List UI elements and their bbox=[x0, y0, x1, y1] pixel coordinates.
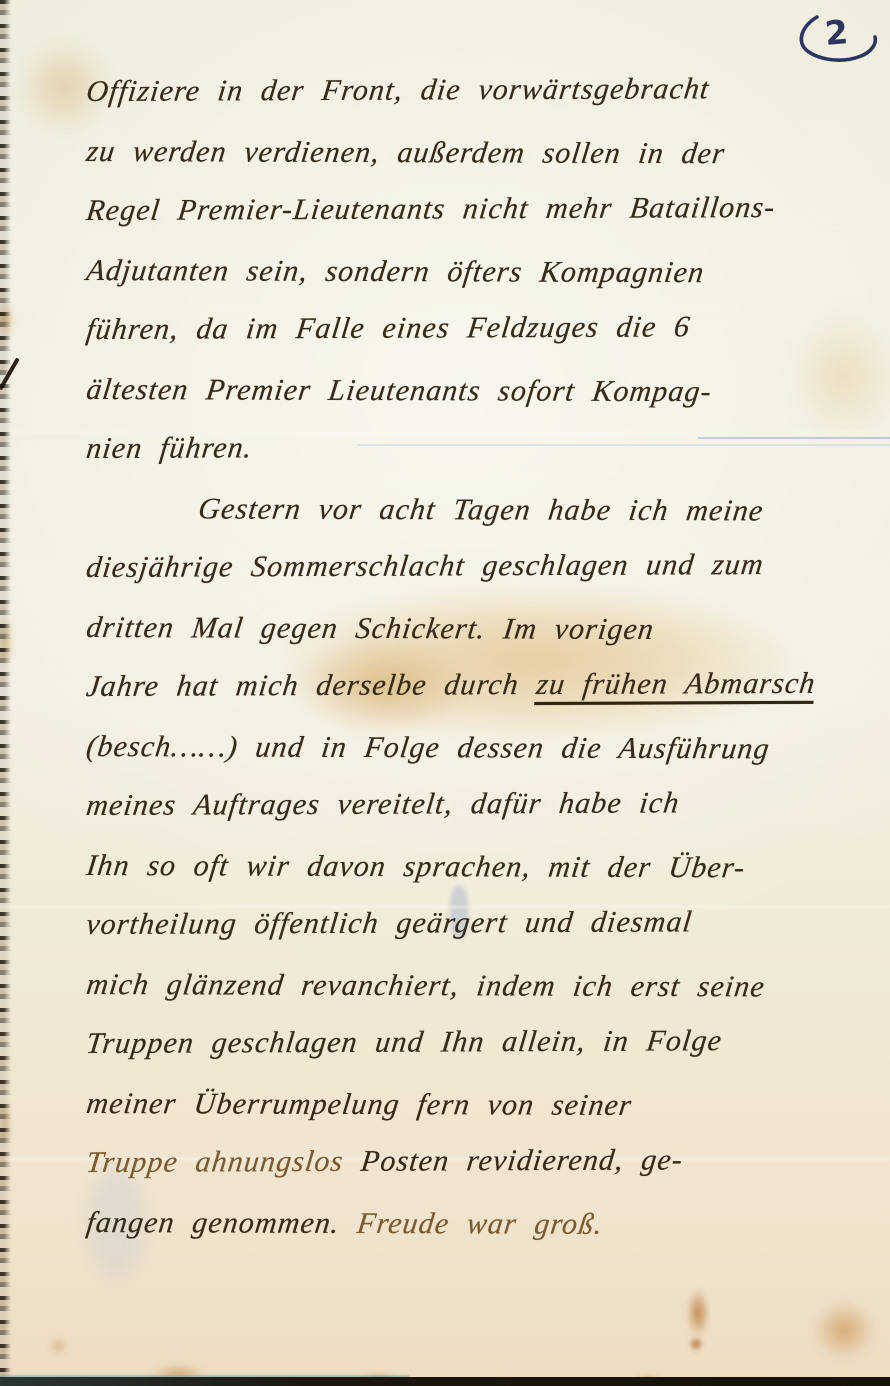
scan-edge-bottom bbox=[0, 1377, 890, 1386]
handwriting-line: vortheilung öffentlich geärgert und dies… bbox=[83, 892, 890, 955]
handwriting-text: Offiziere in der Front, die vorwärtsgebr… bbox=[85, 72, 712, 108]
handwriting-text: zu werden verdienen, außerdem sollen in … bbox=[85, 135, 728, 170]
handwriting-text: Ihn so oft wir davon sprachen, mit der Ü… bbox=[85, 849, 748, 884]
handwriting-line: diesjährige Sommerschlacht geschlagen un… bbox=[83, 535, 890, 598]
handwriting-line: Ihn so oft wir davon sprachen, mit der Ü… bbox=[83, 836, 890, 898]
handwriting-line: meiner Überrumpelung fern von seiner bbox=[83, 1074, 890, 1136]
handwriting-text: Jahre hat mich derselbe durch bbox=[85, 668, 539, 703]
handwriting-line: (besch……) und in Folge dessen die Ausfüh… bbox=[83, 717, 890, 779]
handwriting-text: vortheilung öffentlich geärgert und dies… bbox=[85, 905, 695, 941]
torn-edge-left bbox=[0, 0, 11, 1386]
page-number: 2 bbox=[791, 12, 883, 72]
handwriting-text: Regel Premier-Lieutenants nicht mehr Bat… bbox=[85, 191, 778, 227]
handwriting-text: dritten Mal gegen Schickert. Im vorigen bbox=[85, 611, 657, 646]
handwriting-line: meines Auftrages vereitelt, dafür habe i… bbox=[83, 773, 890, 836]
handwriting-text: Adjutanten sein, sondern öfters Kompagni… bbox=[85, 254, 707, 289]
torn-corner-top-left bbox=[0, 0, 26, 30]
handwriting-line: Regel Premier-Lieutenants nicht mehr Bat… bbox=[83, 178, 890, 241]
handwriting-line: Adjutanten sein, sondern öfters Kompagni… bbox=[83, 241, 890, 303]
handwriting-line: fangen genommen. Freude war groß. bbox=[83, 1193, 890, 1255]
handwriting-line: führen, da im Falle eines Feldzuges die … bbox=[83, 297, 890, 360]
handwriting-text: mich glänzend revanchiert, indem ich ers… bbox=[85, 968, 767, 1003]
handwriting-text: Truppen geschlagen und Ihn allein, in Fo… bbox=[85, 1024, 725, 1060]
handwriting-text: (besch……) und in Folge dessen die Ausfüh… bbox=[85, 730, 772, 765]
torn-corner-bottom-left bbox=[0, 1346, 22, 1380]
handwriting-text: Gestern vor acht Tagen habe ich meine bbox=[197, 492, 766, 527]
handwriting-text: führen, da im Falle eines Feldzuges die … bbox=[85, 310, 693, 346]
handwriting-line: zu werden verdienen, außerdem sollen in … bbox=[83, 122, 890, 184]
handwriting-line: ältesten Premier Lieutenants sofort Komp… bbox=[83, 360, 890, 422]
handwriting-line: Truppe ahnungslos Posten revidierend, ge… bbox=[83, 1130, 890, 1193]
handwriting-line: Jahre hat mich derselbe durch zu frühen … bbox=[83, 654, 890, 717]
handwriting-line: dritten Mal gegen Schickert. Im vorigen bbox=[83, 598, 890, 660]
underlined-phrase: zu frühen Abmarsch bbox=[535, 667, 818, 701]
letter-body: Offiziere in der Front, die vorwärtsgebr… bbox=[84, 62, 884, 1252]
handwriting-text: ältesten Premier Lieutenants sofort Komp… bbox=[85, 373, 714, 408]
handwriting-line: nien führen. bbox=[83, 416, 890, 479]
handwriting-line: mich glänzend revanchiert, indem ich ers… bbox=[83, 955, 890, 1017]
handwriting-text-faded: Freude war groß. bbox=[355, 1206, 605, 1240]
handwriting-text: fangen genommen. bbox=[85, 1206, 360, 1240]
scanned-letter-page: 2 Offiziere in der Front, die vorwärtsge… bbox=[0, 0, 890, 1386]
page-number-value: 2 bbox=[823, 12, 849, 53]
handwriting-line: Offiziere in der Front, die vorwärtsgebr… bbox=[83, 59, 890, 122]
handwriting-text-faded: Truppe ahnungslos bbox=[85, 1145, 364, 1179]
handwriting-text: diesjährige Sommerschlacht geschlagen un… bbox=[85, 548, 766, 584]
handwriting-line-paragraph-start: Gestern vor acht Tagen habe ich meine bbox=[83, 479, 890, 541]
handwriting-line: Truppen geschlagen und Ihn allein, in Fo… bbox=[83, 1011, 890, 1074]
handwriting-text: Posten revidierend, ge- bbox=[359, 1143, 685, 1177]
handwriting-text: meines Auftrages vereitelt, dafür habe i… bbox=[85, 786, 682, 822]
handwriting-text: meiner Überrumpelung fern von seiner bbox=[85, 1087, 634, 1122]
handwriting-text: nien führen. bbox=[85, 431, 255, 465]
